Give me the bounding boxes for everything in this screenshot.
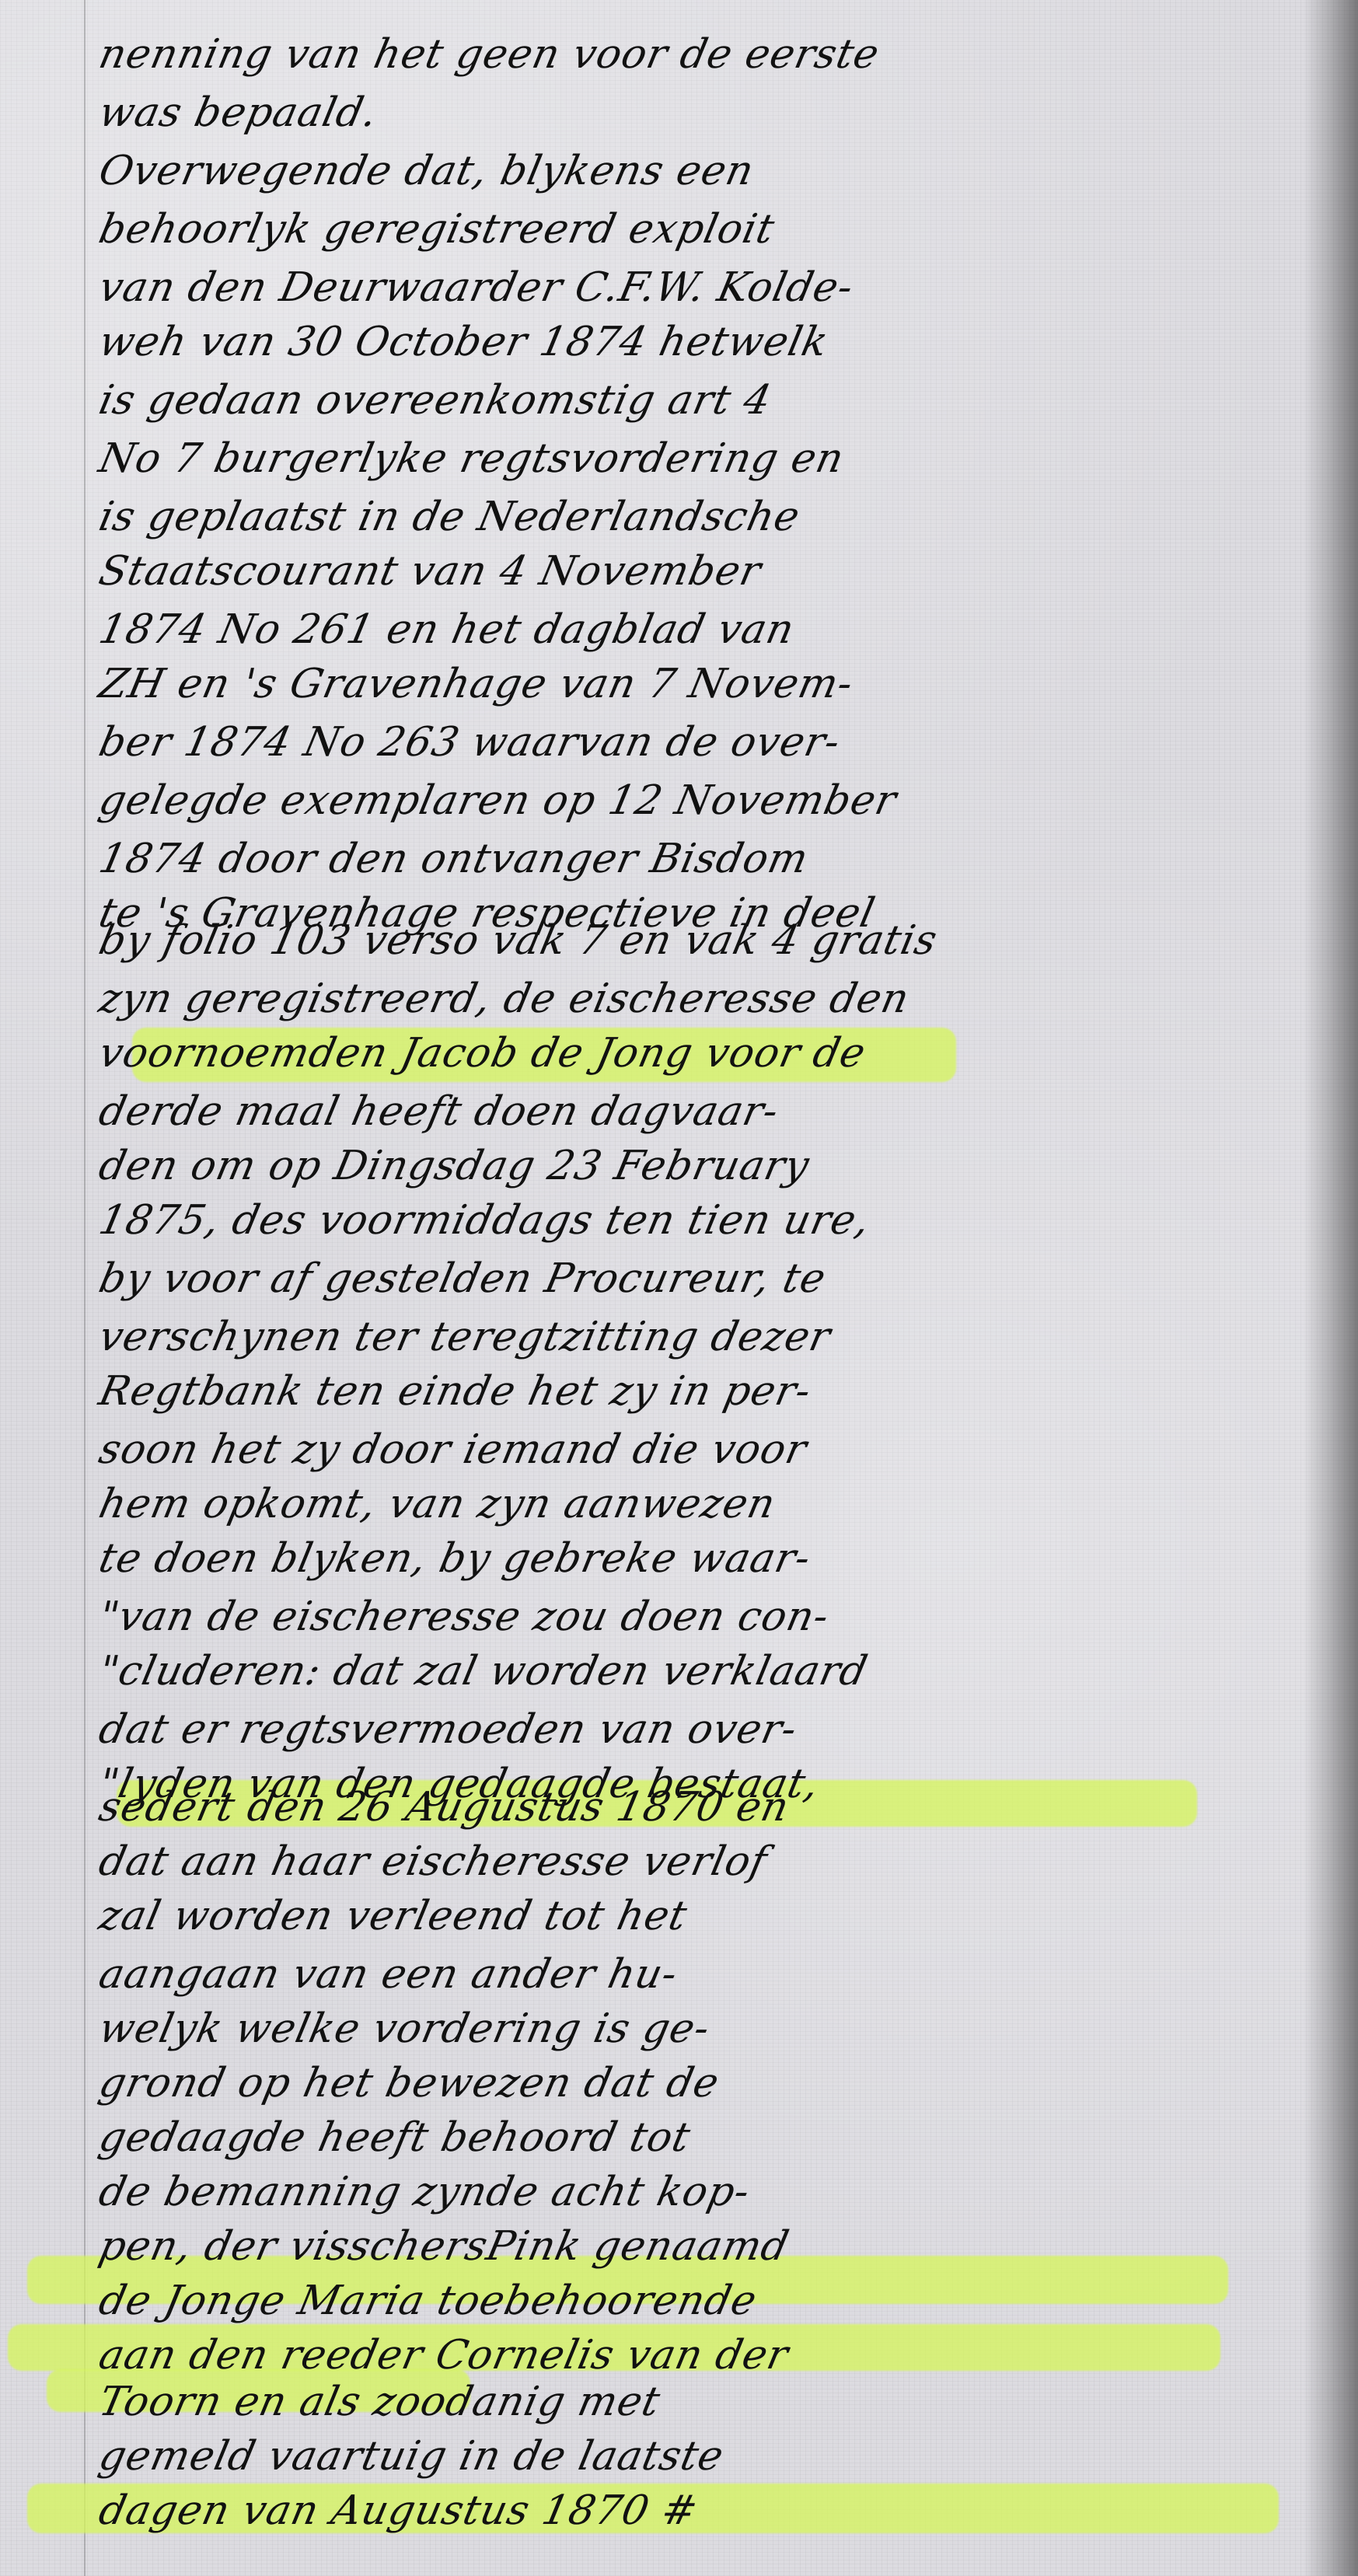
text-line: by folio 103 verso vak 7 en vak 4 gratis bbox=[93, 909, 1288, 972]
text-line: welyk welke vordering is ge- bbox=[93, 1998, 1288, 2060]
text-line: sedert den 26 Augustus 1870 en bbox=[93, 1776, 1288, 1838]
text-line: Regtbank ten einde het zy in per- bbox=[93, 1360, 1288, 1422]
text-line: gemeld vaartuig in de laatste bbox=[93, 2425, 1288, 2487]
handwritten-text: nenning van het geen voor de eerste was … bbox=[0, 0, 1358, 2576]
text-line: dagen van Augustus 1870 # bbox=[93, 2480, 1288, 2542]
scanned-document-page: nenning van het geen voor de eerste was … bbox=[0, 0, 1358, 2576]
text-line: zyn geregistreerd, de eischeresse den bbox=[93, 968, 1288, 1030]
text-line: behoorlyk geregistreerd exploit bbox=[93, 198, 1288, 260]
text-line: 1875, des voormiddags ten tien ure, bbox=[93, 1189, 1288, 1251]
text-line: den om op Dingsdag 23 February bbox=[93, 1135, 1288, 1197]
text-line: verschynen ter teregtzitting dezer bbox=[93, 1306, 1288, 1368]
text-line: gelegde exemplaren op 12 November bbox=[93, 770, 1288, 832]
text-line: 1874 door den ontvanger Bisdom bbox=[93, 828, 1288, 890]
text-line: van den Deurwaarder C.F.W. Kolde- bbox=[93, 257, 1288, 319]
text-line: was bepaald. bbox=[93, 82, 1288, 144]
text-line: "cluderen: dat zal worden verklaard bbox=[93, 1640, 1288, 1702]
text-line: aangaan van een ander hu- bbox=[93, 1943, 1288, 2005]
text-line: "van de eischeresse zou doen con- bbox=[93, 1586, 1288, 1648]
text-line: 1874 No 261 en het dagblad van bbox=[93, 599, 1288, 661]
text-line: pen, der visschersPink genaamd bbox=[93, 2215, 1288, 2278]
text-line: de Jonge Maria toebehoorende bbox=[93, 2270, 1288, 2332]
text-line: is gedaan overeenkomstig art 4 bbox=[93, 369, 1288, 431]
text-line: soon het zy door iemand die voor bbox=[93, 1419, 1288, 1481]
text-line: voornoemden Jacob de Jong voor de bbox=[93, 1022, 1288, 1084]
text-line: derde maal heeft doen dagvaar- bbox=[93, 1080, 1288, 1143]
text-line: nenning van het geen voor de eerste bbox=[93, 23, 1288, 86]
text-line: Overwegende dat, blykens een bbox=[93, 140, 1288, 202]
text-line: de bemanning zynde acht kop- bbox=[93, 2161, 1288, 2223]
text-line: ZH en 's Gravenhage van 7 Novem- bbox=[93, 653, 1288, 715]
text-line: grond op het bewezen dat de bbox=[93, 2052, 1288, 2114]
text-line: ber 1874 No 263 waarvan de over- bbox=[93, 711, 1288, 773]
text-line: hem opkomt, van zyn aanwezen bbox=[93, 1473, 1288, 1535]
text-line: dat er regtsvermoeden van over- bbox=[93, 1698, 1288, 1761]
text-line: Staatscourant van 4 November bbox=[93, 540, 1288, 602]
text-line: te doen blyken, by gebreke waar- bbox=[93, 1527, 1288, 1590]
text-line: weh van 30 October 1874 hetwelk bbox=[93, 311, 1288, 373]
text-line: by voor af gestelden Procureur, te bbox=[93, 1248, 1288, 1310]
text-line: zal worden verleend tot het bbox=[93, 1885, 1288, 1947]
text-line: Toorn en als zoodanig met bbox=[93, 2371, 1288, 2433]
text-line: is geplaatst in de Nederlandsche bbox=[93, 486, 1288, 548]
text-line: dat aan haar eischeresse verlof bbox=[93, 1831, 1288, 1893]
text-line: No 7 burgerlyke regtsvordering en bbox=[93, 428, 1288, 490]
text-line: gedaagde heeft behoord tot bbox=[93, 2107, 1288, 2169]
